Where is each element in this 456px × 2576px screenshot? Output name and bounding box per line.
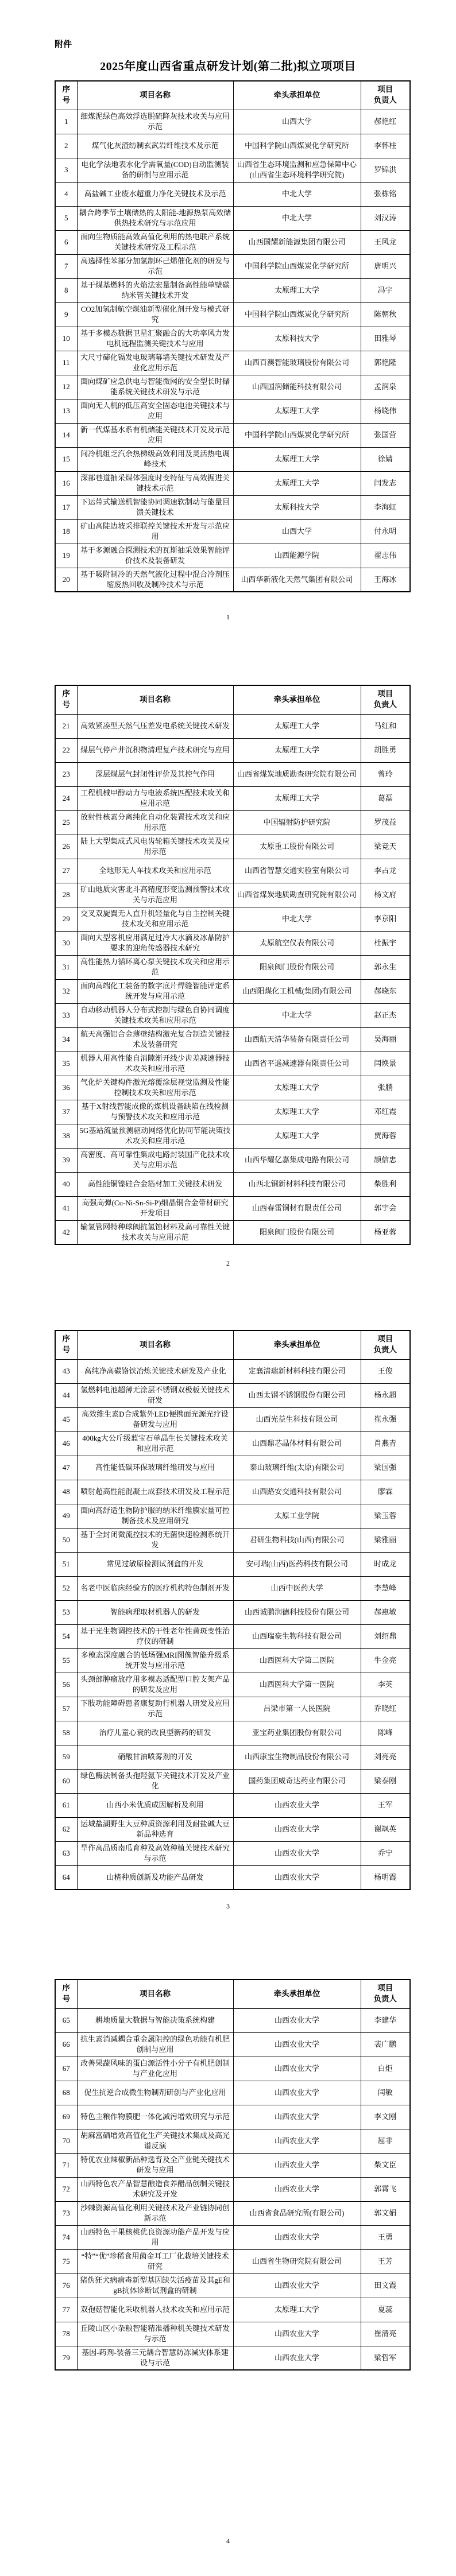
lead-unit: 中北大学 <box>233 182 361 206</box>
row-seq: 56 <box>55 1673 77 1697</box>
table-row: 31高性能热力循环离心泵关键技术攻关和应用示范阳泉阀门股份有限公司郭永生 <box>55 955 410 979</box>
lead-unit: 中国辐射防护研究院 <box>233 810 361 835</box>
table-row: 63旱作高品质南瓜育种及高效种植关键技术研究与示范山西农业大学乔宁 <box>55 1841 410 1865</box>
lead-unit: 山西农业大学 <box>233 2346 361 2370</box>
row-seq: 32 <box>55 979 77 1003</box>
project-leader: 罗茂益 <box>361 810 410 835</box>
table-row: 39高密度、高可靠性集成电路封装国产化技术攻关与应用示范山西华耀亿嘉集成电路有限… <box>55 1148 410 1172</box>
project-leader: 郝晓东 <box>361 979 410 1003</box>
lead-unit: 山西诚鹏润德科技股份有限公司 <box>233 1600 361 1624</box>
row-seq: 17 <box>55 495 77 519</box>
project-leader: 柴文臣 <box>361 2153 410 2177</box>
projects-table-page-4: 序 号 项目名称 牵头承担单位 项目 负责人 65耕地质量大数据与智能决策系统构… <box>55 1979 411 2371</box>
project-name: 山西特色农产品智慧酿造食养醋品创制关键技术研究及开发 <box>77 2177 233 2201</box>
project-leader: 张鹏 <box>361 1076 410 1100</box>
project-name: 耦合跨季节土壤储热的太阳能-地源热泵高效储供热技术研究与示范应用 <box>77 206 233 230</box>
project-leader: 杨文府 <box>361 883 410 907</box>
project-name: 山楂种质创新及功能产品研发 <box>77 1865 233 1890</box>
table-row: 26陆上大型集成式风电齿轮箱关键技术攻关及应用示范太原重工股份有限公司梁竞天 <box>55 835 410 859</box>
project-leader: 王勇 <box>361 2225 410 2249</box>
table-row: 20基于吸附制冷的天然气液化过程中混合冷剂压缩废热回收及制冷技术与示范山西华新液… <box>55 568 410 592</box>
col-header-seq: 序 号 <box>55 81 77 110</box>
lead-unit: 太原理工大学 <box>233 1100 361 1124</box>
lead-unit: 山西阳煤化工机械(集团)有限公司 <box>233 979 361 1003</box>
project-name: 基于全封闭微流控技术的无菌快速检测系统开发 <box>77 1528 233 1552</box>
lead-unit: 山西省生态环境监测和应急保障中心(山西省生态环境科学研究院) <box>233 158 361 182</box>
project-name: 面向高端化工装备的数字底片焊缝智能评定系统开发与应用示范 <box>77 979 233 1003</box>
row-seq: 71 <box>55 2153 77 2177</box>
project-leader: 乔宁 <box>361 1841 410 1865</box>
project-leader: 闫焕景 <box>361 1052 410 1076</box>
project-name: 面向高舒适生物防护服的纳米纤维膜宏量可控制备技术及应用研究 <box>77 1504 233 1528</box>
lead-unit: 太原理工大学 <box>233 1076 361 1100</box>
row-seq: 5 <box>55 206 77 230</box>
row-seq: 58 <box>55 1721 77 1745</box>
project-name: 头颈部肿瘤放疗用多模态适配型口腔支架产品的研发及应用 <box>77 1673 233 1697</box>
header-row: 序 号 项目名称 牵头承担单位 项目 负责人 <box>55 1980 410 2008</box>
project-leader: 吴海丽 <box>361 1027 410 1052</box>
table-row: 19基于多源融合探测技术的瓦斯抽采效果智能评价技术及装备研发山西能源学院翟志伟 <box>55 544 410 568</box>
project-name: 促生抗逆合成微生物制剂研创与产业化应用 <box>77 2081 233 2105</box>
table-row: 1细煤泥绿色高效浮选脱硫降灰技术攻关与应用示范山西大学郝艳红 <box>55 110 410 134</box>
project-name: 基因-药剂-装备三元耦合智慧防冻减灾体系建设与示范 <box>77 2346 233 2370</box>
col-header-lead-unit: 牵头承担单位 <box>233 81 361 110</box>
row-seq: 16 <box>55 471 77 495</box>
row-seq: 52 <box>55 1576 77 1600</box>
lead-unit: 山西太钢不锈钢股份有限公司 <box>233 1383 361 1407</box>
lead-unit: 山西航天清华装备有限责任公司 <box>233 1027 361 1052</box>
row-seq: 41 <box>55 1196 77 1220</box>
lead-unit: 安可瑞(山西)医药科技有限公司 <box>233 1552 361 1576</box>
row-seq: 62 <box>55 1817 77 1841</box>
row-seq: 23 <box>55 762 77 786</box>
project-name: 常见过敏原检测试剂盒的开发 <box>77 1552 233 1576</box>
lead-unit: 太原航空仪表有限公司 <box>233 931 361 955</box>
project-name: 机器人用高性能自消隙渐开线少齿差减速器技术攻关和应用示范 <box>77 1052 233 1076</box>
project-name: 矿山高陡边坡采排联控关键技术开发与示范应用 <box>77 519 233 544</box>
lead-unit: 中国科学院山西煤炭化学研究所 <box>233 423 361 447</box>
project-leader: 肖燕青 <box>361 1431 410 1456</box>
lead-unit: 山西医科大学第二医院 <box>233 1648 361 1673</box>
table-row: 66抗生素消减耦合重金属阻控的绿色功能有机肥创制与应用山西农业大学裴广鹏 <box>55 2032 410 2057</box>
lead-unit: 山西百澳智能玻璃股份有限公司 <box>233 351 361 375</box>
table-row: 33自动移动机器人分布式控制与绿色自协同调度关键技术攻关和应用示范中北大学赵正杰 <box>55 1003 410 1027</box>
row-seq: 11 <box>55 351 77 375</box>
project-leader: 李建华 <box>361 2008 410 2032</box>
row-seq: 6 <box>55 230 77 254</box>
table-row: 47高性能低碳环保玻璃纤维研发与应用泰山玻璃纤维(太原)有限公司梁国强 <box>55 1456 410 1480</box>
project-leader: 胡胜勇 <box>361 738 410 762</box>
table-row: 16深部巷道抽采煤体强度时变特征与高效掘进关键技术示范太原理工大学闫发志 <box>55 471 410 495</box>
row-seq: 70 <box>55 2129 77 2153</box>
project-name: 硝酸甘油喷雾剂的开发 <box>77 1745 233 1769</box>
table-row: 32面向高端化工装备的数字底片焊缝智能评定系统开发与应用示范山西阳煤化工机械(集… <box>55 979 410 1003</box>
project-name: 400kg大公斤级蓝宝石单晶生长关键技术攻关和应用示范 <box>77 1431 233 1456</box>
row-seq: 19 <box>55 544 77 568</box>
project-name: 绿色酶法制备头孢羟氨苄关键技术开发及产业化 <box>77 1769 233 1793</box>
row-seq: 20 <box>55 568 77 592</box>
lead-unit: 山西华新液化天然气集团有限公司 <box>233 568 361 592</box>
table-row: 46400kg大公斤级蓝宝石单晶生长关键技术攻关和应用示范山西鼎芯晶体材料有限公… <box>55 1431 410 1456</box>
col-header-project-name: 项目名称 <box>77 1330 233 1359</box>
lead-unit: 山西大学 <box>233 110 361 134</box>
row-seq: 12 <box>55 375 77 399</box>
project-leader: 谢飒英 <box>361 1817 410 1841</box>
projects-table-page-4-wrap: 序 号 项目名称 牵头承担单位 项目 负责人 65耕地质量大数据与智能决策系统构… <box>55 1979 411 2371</box>
row-seq: 67 <box>55 2057 77 2081</box>
project-leader: 牛金亮 <box>361 1648 410 1673</box>
table-row: 68促生抗逆合成微生物制剂研创与产业化应用山西农业大学闫敏 <box>55 2081 410 2105</box>
project-leader: 梁玉蓉 <box>361 1504 410 1528</box>
row-seq: 38 <box>55 1124 77 1148</box>
row-seq: 73 <box>55 2201 77 2225</box>
project-leader: 梁竞天 <box>361 835 410 859</box>
project-name: 大尺寸碲化镉发电玻璃幕墙关键技术研发及产业化应用示范 <box>77 351 233 375</box>
project-leader: 郭霄飞 <box>361 2177 410 2201</box>
table-row: 62运城盐湖野生大豆种质资源利用及耐盐碱大豆新品种选育山西农业大学谢飒英 <box>55 1817 410 1841</box>
lead-unit: 山西省食品研究所(有限公司) <box>233 2201 361 2225</box>
table-row: 3电化学法地表水化学需氧量(COD)自动监测装备的研制与应用示范山西省生态环境监… <box>55 158 410 182</box>
project-leader: 李慧峰 <box>361 1576 410 1600</box>
project-leader: 郭永生 <box>361 955 410 979</box>
project-leader: 郝惠敏 <box>361 1600 410 1624</box>
lead-unit: 山西农业大学 <box>233 2057 361 2081</box>
lead-unit: 国药集团威奇达药业有限公司 <box>233 1769 361 1793</box>
row-seq: 21 <box>55 714 77 738</box>
lead-unit: 山西农业大学 <box>233 2322 361 2346</box>
attachment-label: 附件 <box>55 38 72 50</box>
project-leader: 李英 <box>361 1673 410 1697</box>
table-row: 385G基站流量预测驱动网络优化协同节能决策技术攻关和应用示范太原理工大学贾海蓉 <box>55 1124 410 1148</box>
project-leader: 白炬 <box>361 2057 410 2081</box>
lead-unit: 山西农业大学 <box>233 1865 361 1890</box>
project-name: 基于煤基燃料的火焰法宏量制备高性能单壁碳纳米管关键技术开发 <box>77 278 233 302</box>
project-name: 耕地质量大数据与智能决策系统构建 <box>77 2008 233 2032</box>
project-name: “特”“优”珍稀食用菌金耳工厂化栽培关键技术研究 <box>77 2249 233 2274</box>
table-row: 35机器人用高性能自消隙渐开线少齿差减速器技术攻关和应用示范山西省平遥减速器有限… <box>55 1052 410 1076</box>
row-seq: 69 <box>55 2105 77 2129</box>
table-row: 60绿色酶法制备头孢羟氨苄关键技术开发及产业化国药集团威奇达药业有限公司梁泰刚 <box>55 1769 410 1793</box>
table-row: 18矿山高陡边坡采排联控关键技术开发与示范应用山西大学付永明 <box>55 519 410 544</box>
table-row: 54基于光生物调控技术的干性老年性黄斑变性治疗仪的研制山西瑞豪生物科技有限公司刘… <box>55 1624 410 1648</box>
lead-unit: 中北大学 <box>233 1003 361 1027</box>
lead-unit: 山西农业大学 <box>233 1793 361 1817</box>
header-row: 序 号 项目名称 牵头承担单位 项目 负责人 <box>55 81 410 110</box>
row-seq: 76 <box>55 2274 77 2298</box>
projects-table-page-3-wrap: 序 号 项目名称 牵头承担单位 项目 负责人 43高纯净高碳铬铁冶炼关键技术研发… <box>55 1330 411 1890</box>
row-seq: 49 <box>55 1504 77 1528</box>
table-row: 72山西特色农产品智慧酿造食养醋品创制关键技术研究及开发山西农业大学郭霄飞 <box>55 2177 410 2201</box>
project-leader: 夏蕊 <box>361 2298 410 2322</box>
lead-unit: 山西国润储能科技有限公司 <box>233 375 361 399</box>
row-seq: 45 <box>55 1407 77 1431</box>
table-row: 61山西小米优质成因解析及利用山西农业大学王军 <box>55 1793 410 1817</box>
project-leader: 唐明兴 <box>361 254 410 278</box>
project-leader: 田雅琴 <box>361 327 410 351</box>
project-leader: 刘绍鼎 <box>361 1624 410 1648</box>
project-leader: 李怀柱 <box>361 134 410 158</box>
row-seq: 47 <box>55 1456 77 1480</box>
col-header-project-name: 项目名称 <box>77 1980 233 2008</box>
table-row: 12面向煤矿应急供电与智能微网的安全型长时储能系统关键技术研发与示范山西国润储能… <box>55 375 410 399</box>
project-name: 气化炉关键构件激光熔覆涂层视觉监测及性能控制技术攻关和应用示范 <box>77 1076 233 1100</box>
table-row: 55多模态深度融合的低场强MRI图像智能升级系统开发与应用示范山西医科大学第二医… <box>55 1648 410 1673</box>
lead-unit: 太原理工大学 <box>233 2298 361 2322</box>
table-row: 10基于多模态数据卫星汇聚融合的大功率风力发电机远程监测关键技术与应用太原科技大… <box>55 327 410 351</box>
row-seq: 24 <box>55 786 77 810</box>
table-row: 2煤气化灰渣纺制玄武岩纤维技术及示范中国科学院山西煤炭化学研究所李怀柱 <box>55 134 410 158</box>
table-row: 57下肢功能障碍患者康复助行机器人研发及应用示范吕梁市第一人民医院乔晓红 <box>55 1697 410 1721</box>
table-row: 30面向大型客机应用满足过冷大水滴及冰晶防护要求的迎角传感器技术研究太原航空仪表… <box>55 931 410 955</box>
table-row: 22煤层气停产井沉积物清理复产技术研究与应用太原理工大学胡胜勇 <box>55 738 410 762</box>
project-name: 下运带式输送机智能协同调速软制动与能量回馈关键技术 <box>77 495 233 519</box>
row-seq: 31 <box>55 955 77 979</box>
table-row: 27全地形无人车技术攻关和应用示范山西省智慧交通实验室有限公司李占龙 <box>55 859 410 883</box>
project-name: 高效维生素D合成紫外LED便携面光源光疗设备研发与应用 <box>77 1407 233 1431</box>
table-row: 23深层煤层气封闭性评价及其控气作用山西省煤炭地质勘查研究院有限公司曾玲 <box>55 762 410 786</box>
project-name: 高性能铜镍硅合金箔材加工关键技术研发 <box>77 1172 233 1196</box>
row-seq: 64 <box>55 1865 77 1890</box>
lead-unit: 山西中医药大学 <box>233 1576 361 1600</box>
project-leader: 李海虹 <box>361 495 410 519</box>
project-leader: 时成龙 <box>361 1552 410 1576</box>
project-name: 面向生物质能高效高值化利用的热电联产系统关键技术研究及工程示范 <box>77 230 233 254</box>
row-seq: 68 <box>55 2081 77 2105</box>
lead-unit: 山西省生物研究院有限公司 <box>233 2249 361 2274</box>
row-seq: 18 <box>55 519 77 544</box>
project-leader: 张栋铭 <box>361 182 410 206</box>
project-name: 沙棘资源高值化利用关键技术及产业链协同创新示范 <box>77 2201 233 2225</box>
header-row: 序 号 项目名称 牵头承担单位 项目 负责人 <box>55 1330 410 1359</box>
lead-unit: 定襄清瑞新材料科技有限公司 <box>233 1359 361 1383</box>
project-name: 高密度、高可靠性集成电路封装国产化技术攻关与应用示范 <box>77 1148 233 1172</box>
project-name: 名老中医临床经验方的医疗机构特色制剂开发 <box>77 1576 233 1600</box>
table-row: 24工程机械甲醇动力与电液系统匹配技术攻关和应用示范太原理工大学葛磊 <box>55 786 410 810</box>
lead-unit: 山西省智慧交通实验室有限公司 <box>233 859 361 883</box>
row-seq: 4 <box>55 182 77 206</box>
project-leader: 徐婧 <box>361 447 410 471</box>
table-row: 74山西特色干果核桃优良资源功能产品开发与应用山西农业大学王勇 <box>55 2225 410 2249</box>
table-row: 48喷射超高性能混凝土成套技术研发及工程示范山西路安交通科技有限公司廖霖 <box>55 1480 410 1504</box>
col-header-seq: 序 号 <box>55 685 77 714</box>
row-seq: 54 <box>55 1624 77 1648</box>
page-title: 2025年度山西省重点研发计划(第二批)拟立项项目 <box>0 57 456 73</box>
lead-unit: 山西光益生科技有限公司 <box>233 1407 361 1431</box>
project-leader: 裴广鹏 <box>361 2032 410 2057</box>
project-leader: 郭宇会 <box>361 1196 410 1220</box>
table-row: 25放射性核素分离纯化自动化装置技术攻关和应用示范中国辐射防护研究院罗茂益 <box>55 810 410 835</box>
project-name: 高性能低碳环保玻璃纤维研发与应用 <box>77 1456 233 1480</box>
project-name: 抗生素消减耦合重金属阻控的绿色功能有机肥创制与应用 <box>77 2032 233 2057</box>
table-row: 17下运带式输送机智能协同调速软制动与能量回馈关键技术太原科技大学李海虹 <box>55 495 410 519</box>
lead-unit: 山西农业大学 <box>233 2032 361 2057</box>
lead-unit: 山西鼎芯晶体材料有限公司 <box>233 1431 361 1456</box>
project-leader: 王芳 <box>361 2249 410 2274</box>
row-seq: 63 <box>55 1841 77 1865</box>
projects-table-page-1: 序 号 项目名称 牵头承担单位 项目 负责人 1细煤泥绿色高效浮选脱硫降灰技术攻… <box>55 80 411 592</box>
project-name: 面向煤矿应急供电与智能微网的安全型长时储能系统关键技术研发与示范 <box>77 375 233 399</box>
project-leader: 柴胜利 <box>361 1172 410 1196</box>
project-name: 自动移动机器人分布式控制与绿色自协同调度关键技术攻关和应用示范 <box>77 1003 233 1027</box>
lead-unit: 太原理工大学 <box>233 447 361 471</box>
row-seq: 37 <box>55 1100 77 1124</box>
row-seq: 72 <box>55 2177 77 2201</box>
project-leader: 乔晓红 <box>361 1697 410 1721</box>
row-seq: 22 <box>55 738 77 762</box>
lead-unit: 山西农业大学 <box>233 2129 361 2153</box>
project-leader: 王风龙 <box>361 230 410 254</box>
project-name: 输氢管网特种球阀抗氢蚀材料及高可靠性关键技术攻关与应用示范 <box>77 1220 233 1244</box>
project-name: 煤层气停产井沉积物清理复产技术研究与应用 <box>77 738 233 762</box>
row-seq: 59 <box>55 1745 77 1769</box>
table-row: 69特色主粮作物膜肥一体化减污增效研究与示范山西农业大学李文刚 <box>55 2105 410 2129</box>
lead-unit: 山西国耀新能源集团有限公司 <box>233 230 361 254</box>
project-leader: 刘亮亮 <box>361 1745 410 1769</box>
lead-unit: 山西农业大学 <box>233 2081 361 2105</box>
lead-unit: 太原理工大学 <box>233 786 361 810</box>
row-seq: 8 <box>55 278 77 302</box>
row-seq: 27 <box>55 859 77 883</box>
table-row: 41高强高弹(Cu-Ni-Sn-Si-P)细晶铜合金带材研究开发项目山西春雷铜材… <box>55 1196 410 1220</box>
lead-unit: 山西农业大学 <box>233 2008 361 2032</box>
table-row: 15间冷机组乏汽余热梯级高效利用及灵活热电调峰技术太原理工大学徐婧 <box>55 447 410 471</box>
row-seq: 66 <box>55 2032 77 2057</box>
lead-unit: 太原理工大学 <box>233 714 361 738</box>
lead-unit: 山西北铜新材料科技有限公司 <box>233 1172 361 1196</box>
row-seq: 55 <box>55 1648 77 1673</box>
project-leader: 王军 <box>361 1793 410 1817</box>
col-header-seq: 序 号 <box>55 1330 77 1359</box>
table-row: 79基因-药剂-装备三元耦合智慧防冻减灾体系建设与示范山西农业大学梁哲军 <box>55 2346 410 2370</box>
lead-unit: 山西农业大学 <box>233 2105 361 2129</box>
row-seq: 79 <box>55 2346 77 2370</box>
lead-unit: 太原理工大学 <box>233 738 361 762</box>
project-leader: 陈朝秋 <box>361 302 410 327</box>
project-name: 面向大型客机应用满足过冷大水滴及冰晶防护要求的迎角传感器技术研究 <box>77 931 233 955</box>
project-leader: 梁泰刚 <box>361 1769 410 1793</box>
project-leader: 梁哲军 <box>361 2346 410 2370</box>
col-header-lead-unit: 牵头承担单位 <box>233 685 361 714</box>
table-row: 58治疗儿童心衰的改良型新药的研发亚宝药业集团股份有限公司陈峰 <box>55 1721 410 1745</box>
table-row: 37基于X射线智能成像的煤机设备缺陷在线检测与预警技术攻关和应用示范太原理工大学… <box>55 1100 410 1124</box>
project-leader: 杨永超 <box>361 1383 410 1407</box>
project-name: 矿山地质灾害北斗高精度形变监测预警技术攻关与示范应用 <box>77 883 233 907</box>
projects-table-page-2-wrap: 序 号 项目名称 牵头承担单位 项目 负责人 21高效紧凑型天然气压差发电系统关… <box>55 685 411 1245</box>
projects-table-page-2: 序 号 项目名称 牵头承担单位 项目 负责人 21高效紧凑型天然气压差发电系统关… <box>55 685 411 1245</box>
project-name: 基于吸附制冷的天然气液化过程中混合冷剂压缩废热回收及制冷技术与示范 <box>77 568 233 592</box>
lead-unit: 山西农业大学 <box>233 2177 361 2201</box>
row-seq: 78 <box>55 2322 77 2346</box>
project-name: 高选择性苯部分加氢制环己烯催化剂的研发与示范 <box>77 254 233 278</box>
lead-unit: 山西康宝生物制品股份有限公司 <box>233 1745 361 1769</box>
project-leader: 李京阳 <box>361 907 410 931</box>
table-row: 7高选择性苯部分加氢制环己烯催化剂的研发与示范中国科学院山西煤炭化学研究所唐明兴 <box>55 254 410 278</box>
lead-unit: 山西省煤炭地质勘查研究院有限公司 <box>233 762 361 786</box>
row-seq: 35 <box>55 1052 77 1076</box>
col-header-project-leader: 项目 负责人 <box>361 81 410 110</box>
table-row: 44氢燃料电池超薄无涂层不锈钢双极板关键技术研发山西太钢不锈钢股份有限公司杨永超 <box>55 1383 410 1407</box>
lead-unit: 山西医科大学第一医院 <box>233 1673 361 1697</box>
lead-unit: 山西华耀亿嘉集成电路有限公司 <box>233 1148 361 1172</box>
lead-unit: 亚宝药业集团股份有限公司 <box>233 1721 361 1745</box>
table-row: 45高效维生素D合成紫外LED便携面光源光疗设备研发与应用山西光益生科技有限公司… <box>55 1407 410 1431</box>
table-row: 65耕地质量大数据与智能决策系统构建山西农业大学李建华 <box>55 2008 410 2032</box>
row-seq: 53 <box>55 1600 77 1624</box>
row-seq: 25 <box>55 810 77 835</box>
project-leader: 付永明 <box>361 519 410 544</box>
col-header-seq: 序 号 <box>55 1980 77 2008</box>
table-row: 13面向无人机的低压高安全固态电池关键技术与应用太原理工大学杨晓伟 <box>55 399 410 423</box>
project-leader: 崔清亮 <box>361 2322 410 2346</box>
lead-unit: 山西能源学院 <box>233 544 361 568</box>
row-seq: 26 <box>55 835 77 859</box>
project-leader: 曾玲 <box>361 762 410 786</box>
table-row: 64山楂种质创新及功能产品研发山西农业大学杨明霞 <box>55 1865 410 1890</box>
lead-unit: 山西省煤炭地质勘查研究院有限公司 <box>233 883 361 907</box>
project-leader: 王俊 <box>361 1359 410 1383</box>
project-name: 特优农业辣椒新品种选育及全产业链关键技术研发与应用 <box>77 2153 233 2177</box>
lead-unit: 山西瑞豪生物科技有限公司 <box>233 1624 361 1648</box>
table-row: 78丘陵山区小杂粮智能精准播种机关键技术研发与示范山西农业大学崔清亮 <box>55 2322 410 2346</box>
row-seq: 43 <box>55 1359 77 1383</box>
table-row: 49面向高舒适生物防护服的纳米纤维膜宏量可控制备技术及应用研究太原工业学院梁玉蓉 <box>55 1504 410 1528</box>
row-seq: 61 <box>55 1793 77 1817</box>
table-row: 73沙棘资源高值化利用关键技术及产业链协同创新示范山西省食品研究所(有限公司)郭… <box>55 2201 410 2225</box>
project-name: 氢燃料电池超薄无涂层不锈钢双极板关键技术研发 <box>77 1383 233 1407</box>
project-leader: 赵正杰 <box>361 1003 410 1027</box>
table-row: 11大尺寸碲化镉发电玻璃幕墙关键技术研发及产业化应用示范山西百澳智能玻璃股份有限… <box>55 351 410 375</box>
row-seq: 34 <box>55 1027 77 1052</box>
project-leader: 梁雅丽 <box>361 1528 410 1552</box>
project-leader: 屈非 <box>361 2129 410 2153</box>
row-seq: 14 <box>55 423 77 447</box>
project-name: 智能病理取材机器人的研发 <box>77 1600 233 1624</box>
project-name: 深部巷道抽采煤体强度时变特征与高效掘进关键技术示范 <box>77 471 233 495</box>
project-leader: 梁国强 <box>361 1456 410 1480</box>
project-leader: 田文霞 <box>361 2274 410 2298</box>
project-leader: 廖霖 <box>361 1480 410 1504</box>
project-leader: 颉信忠 <box>361 1148 410 1172</box>
project-leader: 杨明霞 <box>361 1865 410 1890</box>
lead-unit: 泰山玻璃纤维(太原)有限公司 <box>233 1456 361 1480</box>
project-name: 特色主粮作物膜肥一体化减污增效研究与示范 <box>77 2105 233 2129</box>
table-row: 43高纯净高碳铬铁冶炼关键技术研发及产业化定襄清瑞新材料科技有限公司王俊 <box>55 1359 410 1383</box>
row-seq: 29 <box>55 907 77 931</box>
project-name: 高盐碱工业废水超重力净化关键技术及示范 <box>77 182 233 206</box>
project-name: 喷射超高性能混凝土成套技术研发及工程示范 <box>77 1480 233 1504</box>
project-name: 间冷机组乏汽余热梯级高效利用及灵活热电调峰技术 <box>77 447 233 471</box>
project-leader: 闫发志 <box>361 471 410 495</box>
lead-unit: 山西农业大学 <box>233 2153 361 2177</box>
table-row: 8基于煤基燃料的火焰法宏量制备高性能单壁碳纳米管关键技术开发太原理工大学冯宇 <box>55 278 410 302</box>
project-leader: 李占龙 <box>361 859 410 883</box>
project-name: 放射性核素分离纯化自动化装置技术攻关和应用示范 <box>77 810 233 835</box>
table-row: 67改善果蔬风味的蛋白源活性小分子有机肥创制与产业化应用山西农业大学白炬 <box>55 2057 410 2081</box>
project-name: 航天高强铝合金薄壁结构激光复合制造关键技术及装备研究 <box>77 1027 233 1052</box>
project-name: 基于多源融合探测技术的瓦斯抽采效果智能评价技术及装备研发 <box>77 544 233 568</box>
col-header-project-name: 项目名称 <box>77 81 233 110</box>
lead-unit: 山西农业大学 <box>233 2274 361 2298</box>
project-name: 电化学法地表水化学需氧量(COD)自动监测装备的研制与应用示范 <box>77 158 233 182</box>
lead-unit: 吕梁市第一人民医院 <box>233 1697 361 1721</box>
project-name: 高效紧凑型天然气压差发电系统关键技术研发 <box>77 714 233 738</box>
project-name: 双孢菇智能化采收机器人技术攻关和应用示范 <box>77 2298 233 2322</box>
lead-unit: 中国科学院山西煤炭化学研究所 <box>233 254 361 278</box>
table-row: 36气化炉关键构件激光熔覆涂层视觉监测及性能控制技术攻关和应用示范太原理工大学张… <box>55 1076 410 1100</box>
project-leader: 刘汉涛 <box>361 206 410 230</box>
lead-unit: 太原理工大学 <box>233 399 361 423</box>
project-name: 高性能热力循环离心泵关键技术攻关和应用示范 <box>77 955 233 979</box>
